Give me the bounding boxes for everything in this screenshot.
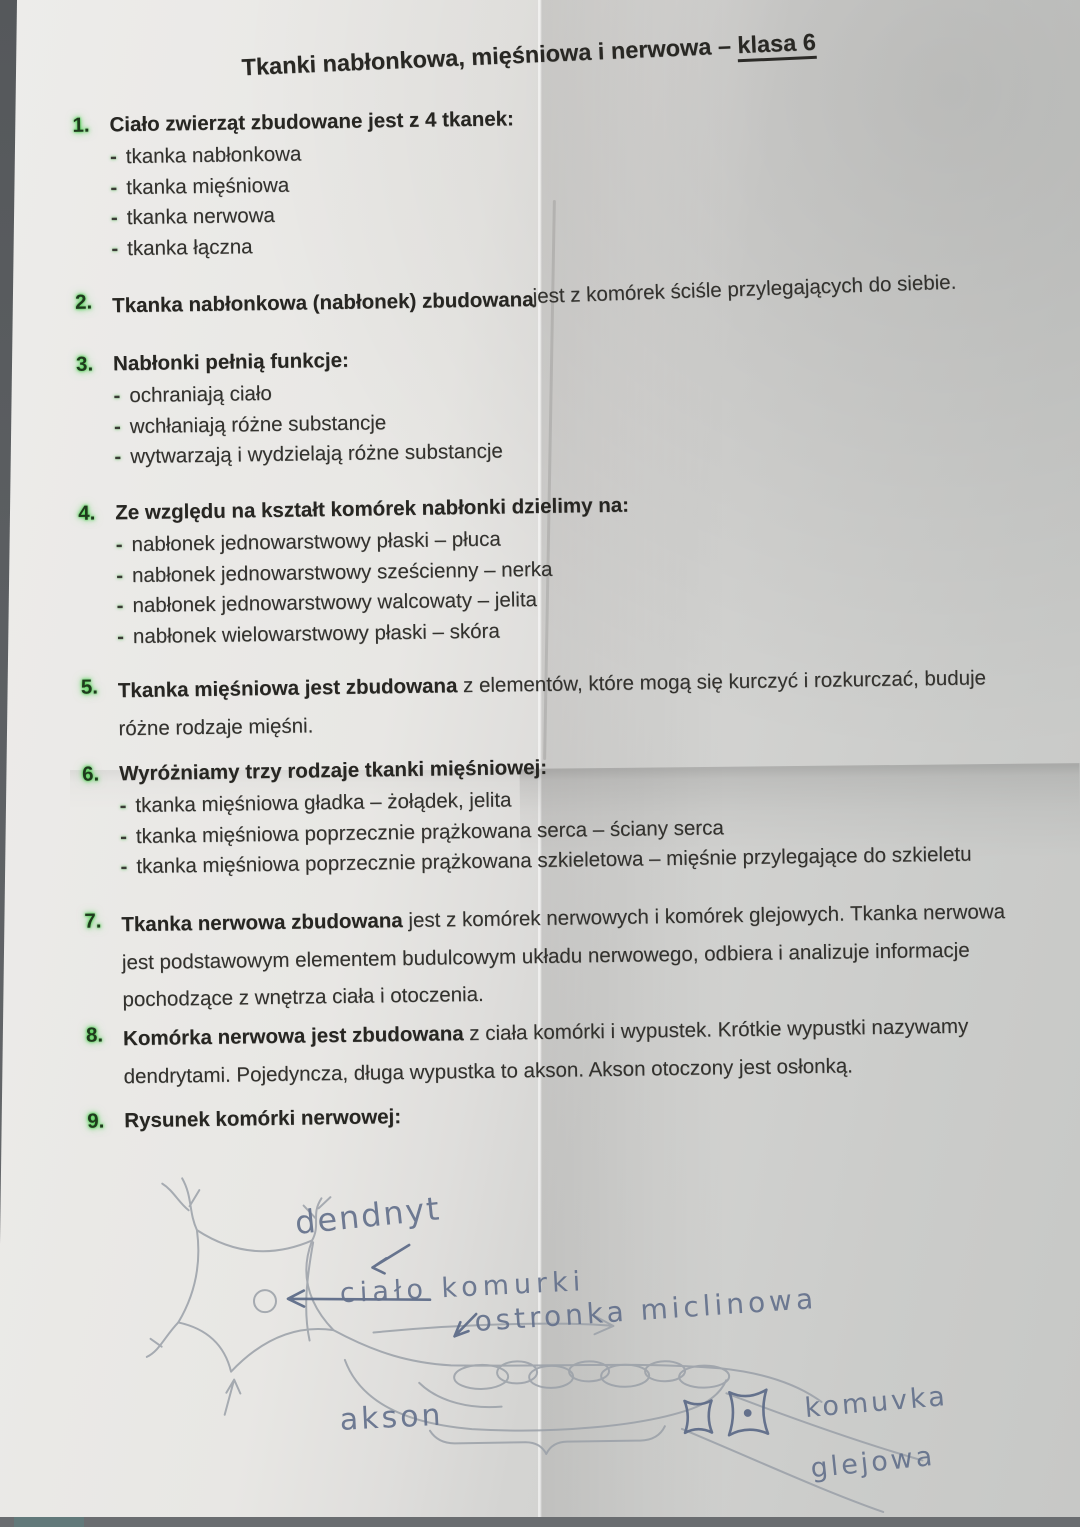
note-item: 1. Ciało zwierząt zbudowane jest z 4 tka… [72, 97, 1014, 265]
item-heading: Rysunek komórki nerwowej: [124, 1105, 401, 1132]
notes-content: Tkanki nabłonkowa, mięśniowa i nerwowa –… [0, 0, 1080, 1525]
item-number: 4. [78, 498, 115, 529]
item-list: -tkanka mięśniowa gładka – żołądek, jeli… [82, 778, 1023, 883]
dash-mark: - [111, 206, 118, 229]
item-list: -nabłonek jednowarstwowy płaski – płuca … [79, 517, 1021, 653]
list-item-text: tkanka łączna [127, 235, 253, 260]
glial-cell-icon [685, 1401, 712, 1433]
dash-mark: - [110, 176, 117, 199]
item-number: 2. [75, 287, 112, 318]
dash-mark: - [116, 594, 123, 617]
myelin-segment [454, 1365, 508, 1390]
note-item: 2. Tkanka nabłonkowa (nabłonek) zbudowan… [75, 274, 1015, 325]
dash-mark: - [111, 237, 118, 260]
myelin-segment [679, 1365, 729, 1388]
up-arrow [224, 1380, 241, 1415]
item-number: 5. [81, 672, 118, 703]
neuron-cell-body [177, 1228, 334, 1372]
dendrite-branches [162, 1178, 200, 1231]
item-number: 7. [84, 906, 121, 937]
item-heading: Nabłonki pełnią funkcje: [113, 349, 349, 375]
list-item-text: tkanka mięśniowa gładka – żołądek, jelit… [135, 788, 511, 817]
note-item: 6. Wyróżniamy trzy rodzaje tkanki mięśni… [82, 746, 1024, 883]
note-item: 5. Tkanka mięśniowa jest zbudowana z ele… [81, 659, 1034, 748]
item-number: 9. [87, 1106, 124, 1137]
item-heading: Ciało zwierząt zbudowane jest z 4 tkanek… [109, 107, 514, 136]
handwritten-label-axon: akson [339, 1398, 444, 1438]
paper-sheet: Tkanki nabłonkowa, mięśniowa i nerwowa –… [0, 0, 1080, 1517]
list-item-text: ochraniają ciało [129, 382, 272, 407]
dash-mark: - [120, 825, 127, 848]
note-item: 4. Ze względu na kształt komórek nabłonk… [78, 485, 1020, 653]
item-list: -tkanka nabłonkowa -tkanka mięśniowa -tk… [73, 129, 1015, 265]
dendrite-tail [146, 1322, 179, 1356]
page-title-class: klasa 6 [737, 29, 817, 62]
dash-mark: - [117, 625, 124, 648]
myelin-segment [601, 1364, 649, 1387]
item-number: 8. [86, 1020, 123, 1051]
list-item-text: tkanka mięśniowa [126, 173, 289, 198]
note-item: 7. Tkanka nerwowa zbudowana jest z komór… [84, 893, 1038, 1020]
item-heading: Ze względu na kształt komórek nabłonki d… [115, 494, 629, 525]
dash-mark: - [110, 145, 117, 168]
item-heading: Komórka nerwowa jest zbudowana [123, 1022, 464, 1050]
dash-mark: - [120, 855, 127, 878]
list-item-text: wchłaniają różne substancje [130, 411, 387, 438]
dash-mark: - [119, 794, 126, 817]
glial-cell-nucleus-dot [745, 1410, 750, 1415]
list-item-text: nabłonek jednowarstwowy sześcienny – ner… [132, 557, 553, 586]
item-number: 3. [76, 349, 113, 380]
note-item: 3. Nabłonki pełnią funkcje: -ochraniają … [76, 336, 1018, 473]
item-heading: Tkanka nabłonkowa (nabłonek) zbudowana [112, 288, 534, 317]
list-item-text: nabłonek jednowarstwowy płaski – płuca [131, 528, 501, 556]
dendryt-arrow [372, 1245, 409, 1274]
nucleus-circle [254, 1290, 276, 1312]
item-heading: Wyróżniamy trzy rodzaje tkanki mięśniowe… [119, 756, 547, 785]
list-item-text: tkanka nerwowa [127, 204, 275, 229]
item-number: 1. [72, 110, 109, 141]
photo-background: Tkanki nabłonkowa, mięśniowa i nerwowa –… [0, 0, 1080, 1527]
note-item: 9. Rysunek komórki nerwowej: [87, 1093, 1027, 1137]
list-item-text: nabłonek wielowarstwowy płaski – skóra [133, 619, 500, 647]
dash-mark: - [113, 384, 120, 407]
item-number: 6. [82, 759, 119, 790]
page-title: Tkanki nabłonkowa, mięśniowa i nerwowa –… [241, 29, 816, 82]
item-heading: Tkanka mięśniowa jest zbudowana [118, 674, 458, 702]
list-item-text: nabłonek jednowarstwowy walcowaty – jeli… [132, 588, 537, 617]
item-heading: Tkanka nerwowa zbudowana [121, 909, 403, 936]
page-title-main: Tkanki nabłonkowa, mięśniowa i nerwowa – [241, 32, 738, 80]
dash-mark: - [114, 445, 121, 468]
dash-mark: - [116, 533, 123, 556]
list-item-text: wytwarzają i wydzielają różne substancje [130, 440, 503, 469]
item-body: jest z komórek ściśle przylegających do … [533, 264, 958, 316]
item-list: -ochraniają ciało -wchłaniają różne subs… [76, 368, 1017, 473]
list-item-text: tkanka mięśniowa poprzecznie prążkowana … [136, 816, 724, 848]
dash-mark: - [114, 415, 121, 438]
dash-mark: - [116, 564, 123, 587]
list-item-text: tkanka nabłonkowa [126, 142, 302, 168]
note-item: 8. Komórka nerwowa jest zbudowana z ciał… [86, 1007, 1039, 1096]
